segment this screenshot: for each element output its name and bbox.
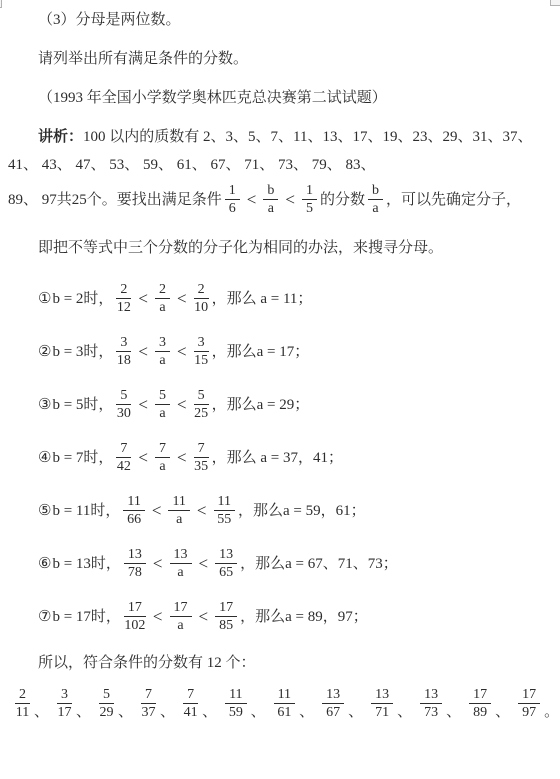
less-than-icon: < <box>177 395 187 415</box>
numerator: 5 <box>155 388 170 405</box>
denominator: a <box>159 405 165 421</box>
document-body: （3）分母是两位数。 请列举出所有满足条件的分数。 （1993 年全国小学数学奥… <box>0 0 560 720</box>
numerator: 1 <box>225 183 240 200</box>
fraction: 7a <box>155 441 170 474</box>
fraction: 15 <box>302 183 317 216</box>
fraction: 741 <box>183 687 198 720</box>
denominator: 35 <box>194 458 208 474</box>
denominator: a <box>268 200 274 216</box>
answer-fraction: 1161 、 <box>271 687 320 720</box>
fraction: 17a <box>170 600 192 633</box>
less-than-icon: < <box>177 342 187 362</box>
conclusion-sentence: 所以，符合条件的分数有 12 个： <box>8 653 552 673</box>
numerator: 11 <box>274 687 295 704</box>
denominator: 102 <box>124 617 145 633</box>
corner-artifact-right <box>550 0 560 6</box>
fraction: 1365 <box>215 547 237 580</box>
fraction: 1155 <box>214 494 235 527</box>
case-result: ，那么 a = 11； <box>212 289 313 309</box>
denominator: 12 <box>117 299 131 315</box>
less-than-icon: < <box>197 501 207 521</box>
case-result: ，那么a = 59，61； <box>238 501 366 521</box>
numerator: 11 <box>214 494 235 511</box>
denominator: 61 <box>277 704 291 720</box>
denominator: 97 <box>522 704 536 720</box>
numerator: 2 <box>15 687 30 704</box>
case-condition: b = 5时， <box>52 395 113 415</box>
fraction: 212 <box>116 282 131 315</box>
denominator: 18 <box>117 352 131 368</box>
case-line: ④ b = 7时， 742 < 7a < 735 ，那么 a = 37，41； <box>8 441 552 474</box>
fraction-separator: 、 <box>76 700 91 721</box>
case-condition: b = 13时， <box>52 554 120 574</box>
denominator: 15 <box>194 352 208 368</box>
fraction: 315 <box>194 335 209 368</box>
fraction: 17102 <box>124 600 146 633</box>
case-number: ④ <box>38 448 51 468</box>
denominator: 67 <box>326 704 340 720</box>
fraction: ba <box>263 183 278 216</box>
denominator: 25 <box>194 405 208 421</box>
numerator: 17 <box>518 687 540 704</box>
case-line: ⑥ b = 13时， 1378 < 13a < 1365 ，那么a = 67、7… <box>8 547 552 580</box>
denominator: 41 <box>184 704 198 720</box>
less-than-icon: < <box>153 554 163 574</box>
fraction: 1785 <box>215 600 237 633</box>
fraction: 211 <box>15 687 30 720</box>
numerator: 13 <box>420 687 442 704</box>
fraction: 16 <box>225 183 240 216</box>
fraction: 11a <box>168 494 189 527</box>
fraction: ba <box>368 183 383 216</box>
case-line: ② b = 3时， 318 < 3a < 315 ，那么a = 17； <box>8 335 552 368</box>
less-than-icon: < <box>138 395 148 415</box>
fraction: 13a <box>170 547 192 580</box>
fraction: 1789 <box>469 687 491 720</box>
case-result: ，那么 a = 37，41； <box>212 448 343 468</box>
analysis-label: 讲析： <box>38 129 83 145</box>
fraction-separator: 、 <box>251 700 266 721</box>
fraction-separator: 。 <box>544 700 559 721</box>
case-condition: b = 17时， <box>52 607 120 627</box>
answer-fraction: 317 、 <box>54 687 96 720</box>
fraction: 1166 <box>123 494 144 527</box>
numerator: 2 <box>194 282 209 299</box>
case-number: ⑤ <box>38 501 51 521</box>
fraction: 529 <box>99 687 114 720</box>
less-than-icon: < <box>199 607 209 627</box>
problem-part3: （3）分母是两位数。 <box>8 10 552 30</box>
fraction: 737 <box>141 687 156 720</box>
analysis-line1: 讲析：100 以内的质数有 2、3、5、7、11、13、17、19、23、29、… <box>8 127 552 147</box>
denominator: a <box>372 200 378 216</box>
case-result: ，那么a = 67、71、73； <box>240 554 398 574</box>
numerator: 7 <box>183 687 198 704</box>
numerator: 5 <box>116 388 131 405</box>
fraction: 1159 <box>225 687 246 720</box>
numerator: 3 <box>194 335 209 352</box>
fraction: 1367 <box>322 687 344 720</box>
fraction: 210 <box>194 282 209 315</box>
answer-fraction: 1373 、 <box>417 687 466 720</box>
denominator: a <box>177 564 183 580</box>
answer-fraction: 529 、 <box>96 687 138 720</box>
fraction-separator: 、 <box>118 700 133 721</box>
numerator: 11 <box>168 494 189 511</box>
fraction-separator: 、 <box>202 700 217 721</box>
denominator: 6 <box>229 200 236 216</box>
numerator: 7 <box>194 441 209 458</box>
denominator: a <box>159 458 165 474</box>
fraction-separator: 、 <box>446 700 461 721</box>
case-result: ，那么a = 17； <box>212 342 310 362</box>
denominator: 10 <box>194 299 208 315</box>
fraction: 317 <box>57 687 72 720</box>
less-than-icon: < <box>153 607 163 627</box>
answer-fraction: 211 、 <box>12 687 54 720</box>
fraction-separator: 、 <box>495 700 510 721</box>
denominator: 5 <box>306 200 313 216</box>
condition-post: ，可以先确定分子， <box>386 190 521 210</box>
fraction-separator: 、 <box>348 700 363 721</box>
less-than-icon: < <box>138 448 148 468</box>
fraction: 5a <box>155 388 170 421</box>
fraction: 3a <box>155 335 170 368</box>
less-than-icon: < <box>177 289 187 309</box>
less-than-icon: < <box>177 448 187 468</box>
answer-fraction: 1797 。 <box>515 687 560 720</box>
denominator: 42 <box>117 458 131 474</box>
case-number: ⑦ <box>38 607 51 627</box>
corner-artifact-left <box>0 0 2 8</box>
numerator: 13 <box>124 547 146 564</box>
condition-sentence: 89、 97共25个。要找出满足条件 16 < ba < 15 的分数 ba ，… <box>8 183 552 216</box>
denominator: 73 <box>424 704 438 720</box>
denominator: a <box>159 352 165 368</box>
numerator: 3 <box>57 687 72 704</box>
numerator: 11 <box>123 494 144 511</box>
less-than-icon: < <box>138 342 148 362</box>
fraction: 530 <box>116 388 131 421</box>
case-number: ② <box>38 342 51 362</box>
fraction: 2a <box>155 282 170 315</box>
fraction-separator: 、 <box>34 700 49 721</box>
condition-pre: 89、 97共25个。要找出满足条件 <box>8 190 222 210</box>
case-number: ③ <box>38 395 51 415</box>
answer-list: 211 、 317 、 529 、 737 、 741 、 1159 、 116… <box>8 687 552 720</box>
case-result: ，那么a = 89，97； <box>240 607 368 627</box>
less-than-icon: < <box>152 501 162 521</box>
denominator: a <box>177 617 183 633</box>
case-number: ① <box>38 289 51 309</box>
case-line: ⑦ b = 17时， 17102 < 17a < 1785 ，那么a = 89，… <box>8 600 552 633</box>
analysis-primes-1: 100 以内的质数有 2、3、5、7、11、13、17、19、23、29、31、… <box>83 129 532 145</box>
numerator: 17 <box>469 687 491 704</box>
case-line: ⑤ b = 11时， 1166 < 11a < 1155 ，那么a = 59，6… <box>8 494 552 527</box>
numerator: b <box>263 183 278 200</box>
numerator: 1 <box>302 183 317 200</box>
denominator: 71 <box>375 704 389 720</box>
fraction: 742 <box>116 441 131 474</box>
numerator: 7 <box>141 687 156 704</box>
fraction-separator: 、 <box>299 700 314 721</box>
fraction: 1378 <box>124 547 146 580</box>
less-than-icon: < <box>247 190 257 210</box>
numerator: b <box>368 183 383 200</box>
cases-container: ① b = 2时， 212 < 2a < 210 ，那么 a = 11； ② b… <box>8 282 552 633</box>
denominator: 55 <box>217 511 231 527</box>
problem-request: 请列举出所有满足条件的分数。 <box>8 49 552 69</box>
fraction-separator: 、 <box>397 700 412 721</box>
numerator: 17 <box>124 600 146 617</box>
numerator: 5 <box>99 687 114 704</box>
case-line: ① b = 2时， 212 < 2a < 210 ，那么 a = 11； <box>8 282 552 315</box>
answer-fraction: 1789 、 <box>466 687 515 720</box>
fraction: 1161 <box>274 687 295 720</box>
case-line: ③ b = 5时， 530 < 5a < 525 ，那么a = 29； <box>8 388 552 421</box>
denominator: a <box>159 299 165 315</box>
denominator: 30 <box>117 405 131 421</box>
less-than-icon: < <box>285 190 295 210</box>
numerator: 17 <box>215 600 237 617</box>
less-than-icon: < <box>138 289 148 309</box>
denominator: 85 <box>219 617 233 633</box>
numerator: 13 <box>322 687 344 704</box>
less-than-icon: < <box>199 554 209 574</box>
denominator: 59 <box>229 704 243 720</box>
denominator: 11 <box>16 704 29 720</box>
numerator: 5 <box>194 388 209 405</box>
denominator: 78 <box>128 564 142 580</box>
answer-fraction: 1159 、 <box>222 687 271 720</box>
numerator: 3 <box>155 335 170 352</box>
denominator: 17 <box>58 704 72 720</box>
numerator: 17 <box>170 600 192 617</box>
numerator: 11 <box>225 687 246 704</box>
fraction: 525 <box>194 388 209 421</box>
analysis-primes-2: 41、 43、 47、 53、 59、 61、 67、 71、 73、 79、 … <box>8 155 552 175</box>
fraction: 318 <box>116 335 131 368</box>
fraction: 1797 <box>518 687 540 720</box>
denominator: a <box>176 511 182 527</box>
answer-fraction: 1371 、 <box>368 687 417 720</box>
case-number: ⑥ <box>38 554 51 574</box>
denominator: 37 <box>142 704 156 720</box>
numerator: 3 <box>116 335 131 352</box>
answer-fraction: 737 、 <box>138 687 180 720</box>
case-condition: b = 3时， <box>52 342 113 362</box>
fraction: 1371 <box>371 687 393 720</box>
fraction: 735 <box>194 441 209 474</box>
case-result: ，那么a = 29； <box>212 395 310 415</box>
method-sentence: 即把不等式中三个分数的分子化为相同的办法，来搜寻分母。 <box>8 238 552 258</box>
numerator: 2 <box>116 282 131 299</box>
denominator: 29 <box>100 704 114 720</box>
answer-fraction: 1367 、 <box>319 687 368 720</box>
case-condition: b = 7时， <box>52 448 113 468</box>
condition-mid: 的分数 <box>320 190 365 210</box>
numerator: 13 <box>215 547 237 564</box>
case-condition: b = 11时， <box>52 501 120 521</box>
denominator: 89 <box>473 704 487 720</box>
numerator: 7 <box>155 441 170 458</box>
fraction: 1373 <box>420 687 442 720</box>
answer-fraction: 741 、 <box>180 687 222 720</box>
numerator: 2 <box>155 282 170 299</box>
numerator: 13 <box>371 687 393 704</box>
problem-source: （1993 年全国小学数学奥林匹克总决赛第二试试题） <box>8 88 552 108</box>
case-condition: b = 2时， <box>52 289 113 309</box>
numerator: 7 <box>116 441 131 458</box>
denominator: 65 <box>219 564 233 580</box>
denominator: 66 <box>127 511 141 527</box>
numerator: 13 <box>170 547 192 564</box>
fraction-separator: 、 <box>160 700 175 721</box>
